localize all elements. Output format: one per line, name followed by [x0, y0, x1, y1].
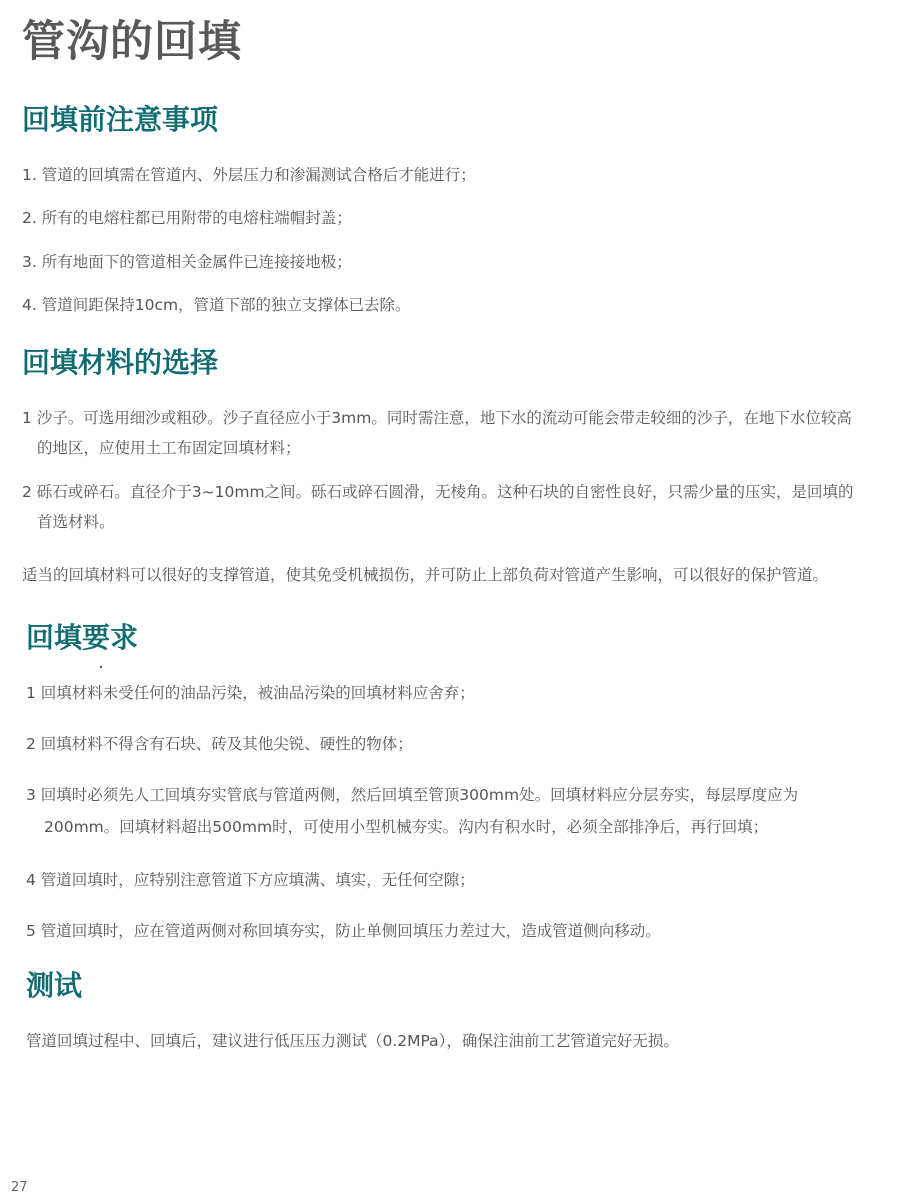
material-item-1-line1: 1 沙子。可选用细沙或粗砂。沙子直径应小于3mm。同时需注意，地下水的流动可能会… — [22, 407, 852, 429]
materials-note: 适当的回填材料可以很好的支撑管道，使其免受机械损伤，并可防止上部负荷对管道产生影… — [22, 564, 828, 586]
material-item-2-line2: 首选材料。 — [37, 511, 115, 533]
testing-text: 管道回填过程中、回填后，建议进行低压压力测试（0.2MPa），确保注油前工艺管道… — [26, 1030, 679, 1052]
stray-dot — [100, 666, 102, 668]
section-heading-materials: 回填材料的选择 — [22, 345, 218, 381]
material-item-2-line1: 2 砾石或碎石。直径介于3~10mm之间。砾石或碎石圆滑，无棱角。这种石块的自密… — [22, 481, 854, 503]
precaution-item-3: 3. 所有地面下的管道相关金属件已连接接地极； — [22, 251, 352, 273]
section-heading-precautions: 回填前注意事项 — [22, 102, 218, 138]
page-title: 管沟的回填 — [22, 14, 242, 70]
precaution-item-2: 2. 所有的电熔柱都已用附带的电熔柱端帽封盖； — [22, 207, 352, 229]
material-item-1-line2: 的地区，应使用土工布固定回填材料； — [37, 437, 301, 459]
precaution-item-4: 4. 管道间距保持10cm，管道下部的独立支撑体已去除。 — [22, 294, 411, 316]
section-heading-testing: 测试 — [26, 968, 82, 1004]
page-number: 27 — [11, 1180, 28, 1196]
requirement-item-1: 1 回填材料未受任何的油品污染，被油品污染的回填材料应舍弃； — [26, 682, 475, 704]
requirement-item-3-line2: 200mm。回填材料超出500mm时，可使用小型机械夯实。沟内有积水时，必须全部… — [44, 816, 768, 838]
requirement-item-5: 5 管道回填时，应在管道两侧对称回填夯实，防止单侧回填压力差过大，造成管道侧向移… — [26, 920, 661, 942]
precaution-item-1: 1. 管道的回填需在管道内、外层压力和渗漏测试合格后才能进行； — [22, 164, 476, 186]
requirement-item-3-line1: 3 回填时必须先人工回填夯实管底与管道两侧，然后回填至管顶300mm处。回填材料… — [26, 784, 798, 806]
requirement-item-4: 4 管道回填时，应特别注意管道下方应填满、填实，无任何空隙； — [26, 869, 475, 891]
section-heading-requirements: 回填要求 — [26, 620, 138, 656]
requirement-item-2: 2 回填材料不得含有石块、砖及其他尖锐、硬性的物体； — [26, 733, 413, 755]
